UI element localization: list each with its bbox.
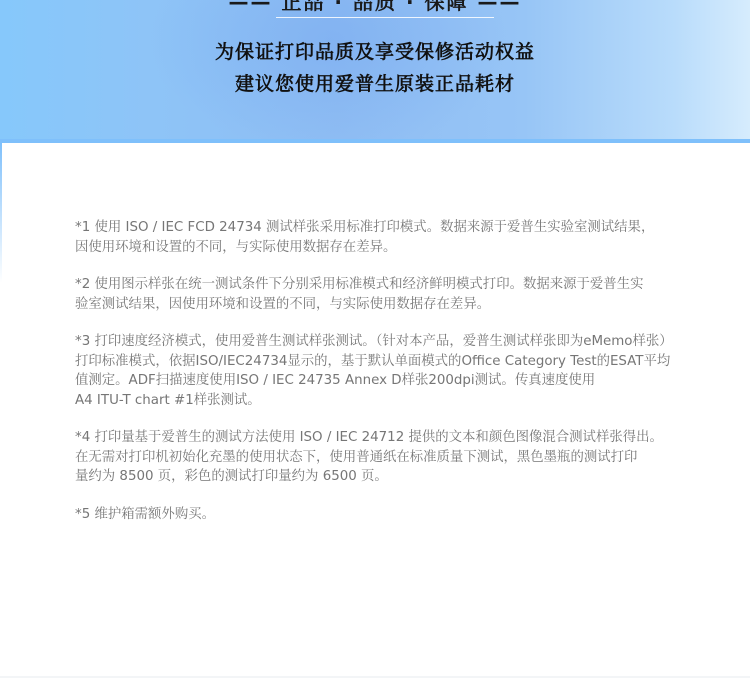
left-edge-accent <box>0 143 2 283</box>
footnote-line: *4 打印量基于爱普生的测试方法使用 ISO / IEC 24712 提供的文本… <box>75 428 715 448</box>
footnote-line: 验室测试结果，因使用环境和设置的不同，与实际使用数据存在差异。 <box>75 295 715 315</box>
banner-divider <box>276 17 494 18</box>
footnote-1: *1 使用 ISO / IEC FCD 24734 测试样张采用标准打印模式。数… <box>75 218 715 257</box>
footnotes: *1 使用 ISO / IEC FCD 24734 测试样张采用标准打印模式。数… <box>75 218 715 542</box>
footnote-line: 在无需对打印机初始化充墨的使用状态下，使用普通纸在标准质量下测试，黑色墨瓶的测试… <box>75 448 715 468</box>
footnote-4: *4 打印量基于爱普生的测试方法使用 ISO / IEC 24712 提供的文本… <box>75 428 715 487</box>
footnote-line: *1 使用 ISO / IEC FCD 24734 测试样张采用标准打印模式。数… <box>75 218 715 238</box>
footnote-line: 因使用环境和设置的不同，与实际使用数据存在差异。 <box>75 238 715 258</box>
banner-cut-off-title: —— 正品 · 品质 · 保障 —— <box>0 0 750 15</box>
footnote-2: *2 使用图示样张在统一测试条件下分别采用标准模式和经济鲜明模式打印。数据来源于… <box>75 275 715 314</box>
footnote-line: *5 维护箱需额外购买。 <box>75 505 715 525</box>
footnote-line: 量约为 8500 页，彩色的测试打印量约为 6500 页。 <box>75 467 715 487</box>
footnote-line: 打印标准模式，依据ISO/IEC24734显示的，基于默认单面模式的Office… <box>75 352 715 372</box>
footnote-line: 值测定。ADF扫描速度使用ISO / IEC 24735 Annex D样张20… <box>75 371 715 391</box>
footnote-line: *3 打印速度经济模式，使用爱普生测试样张测试。（针对本产品，爱普生测试样张即为… <box>75 332 715 352</box>
banner-headline-1: 为保证打印品质及享受保修活动权益 <box>0 37 750 64</box>
footnote-5: *5 维护箱需额外购买。 <box>75 505 715 525</box>
footnote-line: *2 使用图示样张在统一测试条件下分别采用标准模式和经济鲜明模式打印。数据来源于… <box>75 275 715 295</box>
banner-headline-2: 建议您使用爱普生原装正品耗材 <box>0 69 750 96</box>
footnote-line: A4 ITU-T chart #1样张测试。 <box>75 391 715 411</box>
hero-banner: —— 正品 · 品质 · 保障 —— 为保证打印品质及享受保修活动权益 建议您使… <box>0 0 750 143</box>
footnote-3: *3 打印速度经济模式，使用爱普生测试样张测试。（针对本产品，爱普生测试样张即为… <box>75 332 715 410</box>
